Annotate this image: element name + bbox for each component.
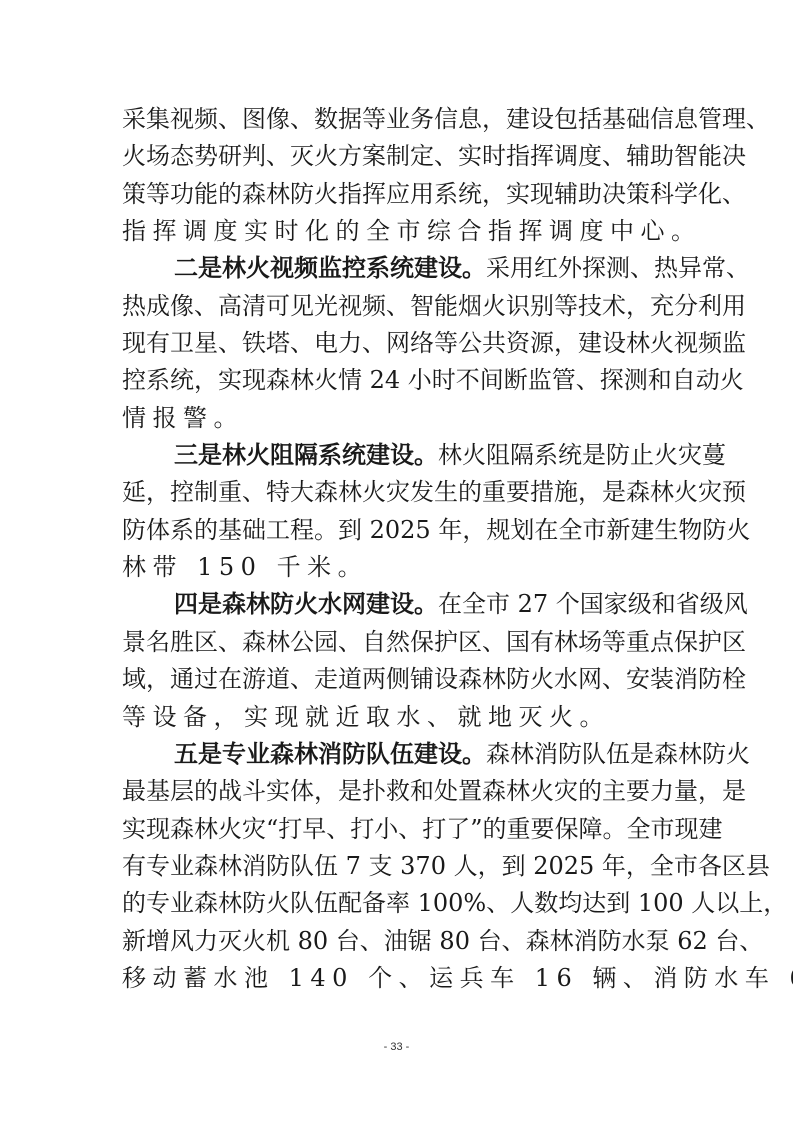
text-line: 热成像、高清可见光视频、智能烟火识别等技术，充分利用 <box>122 288 696 325</box>
text-line: 实现森林火灾“打早、打小、打了”的重要保障。全市现建 <box>122 811 696 848</box>
text-line: 策等功能的森林防火指挥应用系统，实现辅助决策科学化、 <box>122 176 696 213</box>
paragraph-fire-barrier: 三是林火阻隔系统建设。林火阻隔系统是防止火灾蔓 延，控制重、特大森林火灾发生的重… <box>122 437 696 586</box>
paragraph-fire-brigade: 五是专业森林消防队伍建设。森林消防队伍是森林防火 最基层的战斗实体，是扑救和处置… <box>122 736 696 997</box>
text-line: 移动蓄水池 140 个、运兵车 16 辆、消防水车 6 辆。 <box>122 960 696 997</box>
text-line: 有专业森林消防队伍 7 支 370 人，到 2025 年，全市各区县 <box>122 848 696 885</box>
paragraph-command-center: 采集视频、图像、数据等业务信息，建设包括基础信息管理、 火场态势研判、灭火方案制… <box>122 101 696 250</box>
text-line: 三是林火阻隔系统建设。林火阻隔系统是防止火灾蔓 <box>122 437 696 474</box>
page-number: - 33 - <box>0 1041 793 1053</box>
text-line: 五是专业森林消防队伍建设。森林消防队伍是森林防火 <box>122 736 696 773</box>
text-line: 最基层的战斗实体，是扑救和处置森林火灾的主要力量，是 <box>122 773 696 810</box>
section-heading: 四是森林防火水网建设。 <box>174 590 438 618</box>
paragraph-video-monitoring: 二是林火视频监控系统建设。采用红外探测、热异常、 热成像、高清可见光视频、智能烟… <box>122 250 696 437</box>
text-line: 指挥调度实时化的全市综合指挥调度中心。 <box>122 213 696 250</box>
document-page: 采集视频、图像、数据等业务信息，建设包括基础信息管理、 火场态势研判、灭火方案制… <box>0 0 793 1122</box>
text-line: 景名胜区、森林公园、自然保护区、国有林场等重点保护区 <box>122 624 696 661</box>
text-run: 在全市 27 个国家级和省级风 <box>438 590 748 618</box>
text-line: 域，通过在游道、走道两侧铺设森林防火水网、安装消防栓 <box>122 661 696 698</box>
text-line: 延，控制重、特大森林火灾发生的重要措施，是森林火灾预 <box>122 474 696 511</box>
text-line: 控系统，实现森林火情 24 小时不间断监管、探测和自动火 <box>122 362 696 399</box>
text-run: 森林消防队伍是森林防火 <box>486 740 750 768</box>
text-run: 林火阻隔系统是防止火灾蔓 <box>438 441 726 469</box>
text-line: 林带 150 千米。 <box>122 549 696 586</box>
section-heading: 二是林火视频监控系统建设。 <box>174 254 486 282</box>
text-line: 情报警。 <box>122 400 696 437</box>
text-line: 现有卫星、铁塔、电力、网络等公共资源，建设林火视频监 <box>122 325 696 362</box>
body-text: 采集视频、图像、数据等业务信息，建设包括基础信息管理、 火场态势研判、灭火方案制… <box>122 101 696 997</box>
text-line: 采集视频、图像、数据等业务信息，建设包括基础信息管理、 <box>122 101 696 138</box>
text-run: 采用红外探测、热异常、 <box>486 254 750 282</box>
text-line: 四是森林防火水网建设。在全市 27 个国家级和省级风 <box>122 586 696 623</box>
text-line: 二是林火视频监控系统建设。采用红外探测、热异常、 <box>122 250 696 287</box>
text-line: 等设备，实现就近取水、就地灭火。 <box>122 699 696 736</box>
section-heading: 五是专业森林消防队伍建设。 <box>174 740 486 768</box>
paragraph-water-network: 四是森林防火水网建设。在全市 27 个国家级和省级风 景名胜区、森林公园、自然保… <box>122 586 696 735</box>
section-heading: 三是林火阻隔系统建设。 <box>174 441 438 469</box>
text-line: 火场态势研判、灭火方案制定、实时指挥调度、辅助智能决 <box>122 138 696 175</box>
text-line: 的专业森林防火队伍配备率 100%、人数均达到 100 人以上， <box>122 885 696 922</box>
text-line: 新增风力灭火机 80 台、油锯 80 台、森林消防水泵 62 台、 <box>122 923 696 960</box>
text-line: 防体系的基础工程。到 2025 年，规划在全市新建生物防火 <box>122 512 696 549</box>
